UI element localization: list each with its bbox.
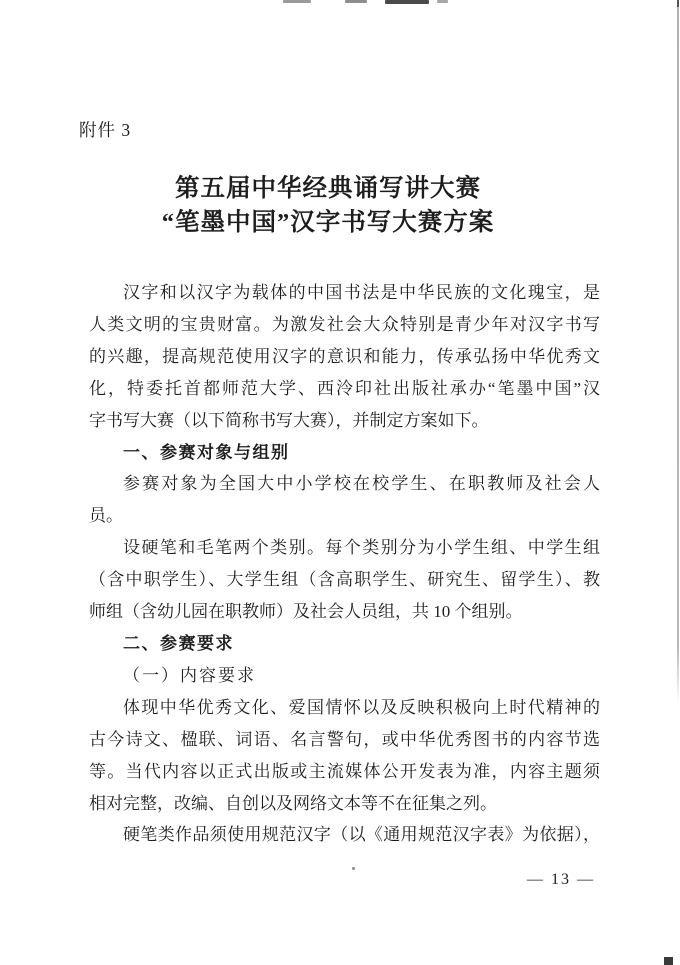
text-line: 化，特委托首都师范大学、西泠印社出版社承办“笔墨中国”汉 [89,373,600,405]
text-line: 参赛对象为全国大中小学校在校学生、在职教师及社会人 [89,468,600,500]
text-line: 设硬笔和毛笔两个类别。每个类别分为小学生组、中学生组 [89,532,600,564]
text-line: 体现中华优秀文化、爱国情怀以及反映积极向上时代精神的 [89,692,600,724]
heading-line: （一）内容要求 [89,660,600,692]
text-line: 相对完整，改编、自创以及网络文本等不在征集之列。 [89,788,600,820]
scan-artifact [283,0,311,3]
document-page: 附件 3 第五届中华经典诵写讲大赛 “笔墨中国”汉字书写大赛方案 汉字和以汉字为… [0,0,680,965]
heading-line: 一、参赛对象与组别 [89,437,600,469]
heading-line: 二、参赛要求 [89,628,600,660]
text-line: 字书写大赛（以下简称书写大赛），并制定方案如下。 [89,405,600,437]
scan-speck [352,867,355,870]
text-line: 等。当代内容以正式出版或主流媒体公开发表为准，内容主题须 [89,756,600,788]
attachment-label: 附件 3 [79,118,131,142]
scan-artifact [437,0,448,3]
text-line: 员。 [89,500,600,532]
scan-artifact [385,0,429,4]
scan-artifact [345,0,367,3]
body-text: 汉字和以汉字为载体的中国书法是中华民族的文化瑰宝，是人类文明的宝贵财富。为激发社… [89,277,600,851]
text-line: 古今诗文、楹联、词语、名言警句，或中华优秀图书的内容节选 [89,724,600,756]
document-title-line1: 第五届中华经典诵写讲大赛 [72,172,584,206]
document-title-line2: “笔墨中国”汉字书写大赛方案 [72,206,584,240]
text-line: 人类文明的宝贵财富。为激发社会大众特别是青少年对汉字书写 [89,309,600,341]
text-line: 的兴趣，提高规范使用汉字的意识和能力，传承弘扬中华优秀文 [89,341,600,373]
text-line: （含中职学生）、大学生组（含高职学生、研究生、留学生）、教 [89,564,600,596]
scan-corner-mark [664,957,673,965]
page-number: — 13 — [527,871,595,889]
text-line: 硬笔类作品须使用规范汉字（以《通用规范汉字表》为依据）， [89,819,600,851]
text-line: 汉字和以汉字为载体的中国书法是中华民族的文化瑰宝，是 [89,277,600,309]
scan-edge-line [677,0,679,703]
text-line: 师组（含幼儿园在职教师）及社会人员组，共 10 个组别。 [89,596,600,628]
document-title: 第五届中华经典诵写讲大赛 “笔墨中国”汉字书写大赛方案 [72,172,584,240]
